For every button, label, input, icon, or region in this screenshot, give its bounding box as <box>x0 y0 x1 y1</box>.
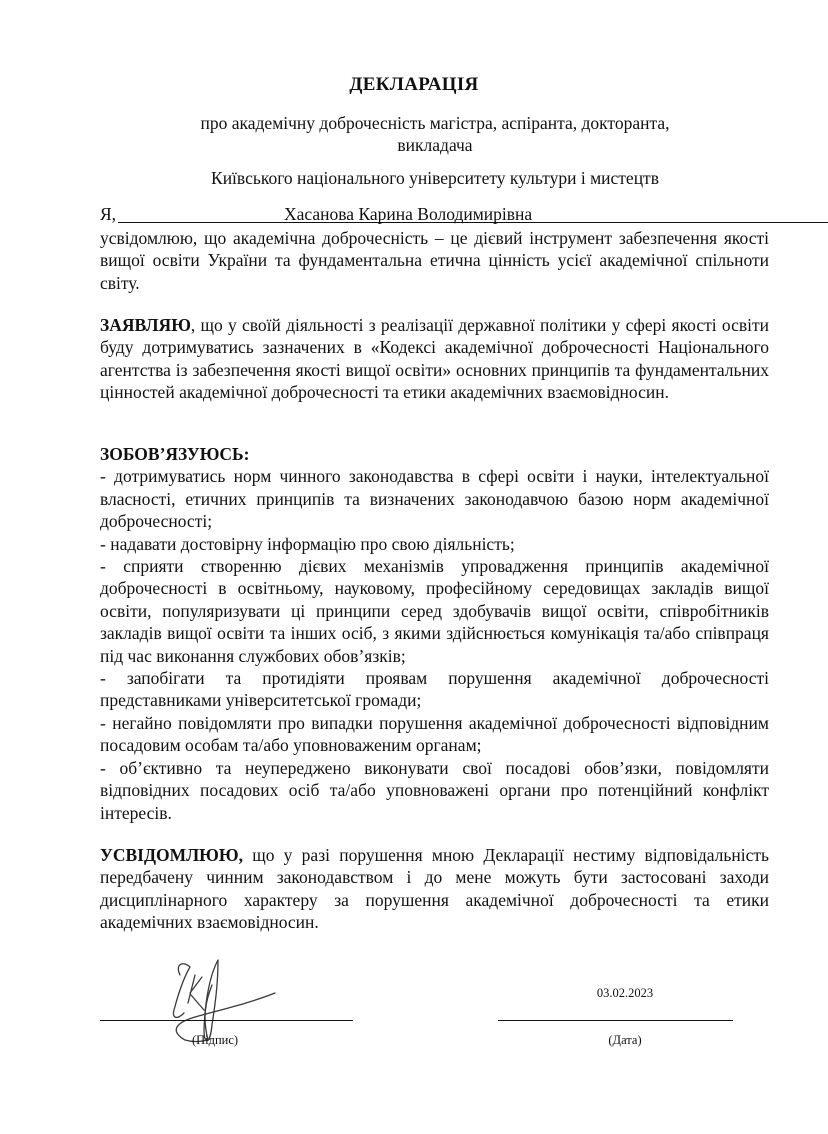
declare-text: , що у своїй діяльності з реалізації дер… <box>100 315 769 402</box>
commitment-item: - сприяти створенню дієвих механізмів уп… <box>100 555 769 667</box>
commitments-heading: ЗОБОВ’ЯЗУЮСЬ: <box>100 443 769 465</box>
declarant-full-name: Хасанова Карина Володимирівна <box>284 204 532 225</box>
date-caption: (Дата) <box>575 1033 675 1048</box>
signature-caption: (Підпис) <box>165 1033 265 1048</box>
commitments-section: ЗОБОВ’ЯЗУЮСЬ: - дотримуватись норм чинно… <box>100 443 769 824</box>
awareness-keyword: УСВІДОМЛЮЮ, <box>100 845 243 865</box>
intro-paragraph: усвідомлюю, що академічна доброчесність … <box>100 227 769 294</box>
document-subtitle: про академічну доброчесність магістра, а… <box>100 112 770 156</box>
commitment-item: - дотримуватись норм чинного законодавст… <box>100 465 769 532</box>
date-value: 03.02.2023 <box>575 986 675 1001</box>
signature-line <box>100 1020 353 1021</box>
institution-name: Київського національного університету ку… <box>100 168 770 189</box>
name-prefix: Я, <box>100 204 116 225</box>
document-title: ДЕКЛАРАЦІЯ <box>0 74 828 96</box>
commitment-item: - об’єктивно та неупереджено виконувати … <box>100 757 769 824</box>
commitment-item: - запобігати та протидіяти проявам поруш… <box>100 667 769 712</box>
awareness-paragraph: УСВІДОМЛЮЮ, що у разі порушення мною Дек… <box>100 844 769 934</box>
date-line <box>498 1020 733 1021</box>
declarant-name-line: Я, Хасанова Карина Володимирівна , <box>100 204 769 226</box>
commitment-item: - негайно повідомляти про випадки поруше… <box>100 712 769 757</box>
subtitle-line-1: про академічну доброчесність магістра, а… <box>100 112 770 134</box>
declare-keyword: ЗАЯВЛЯЮ <box>100 315 191 335</box>
document-page: ДЕКЛАРАЦІЯ про академічну доброчесність … <box>0 0 828 1134</box>
declare-paragraph: ЗАЯВЛЯЮ, що у своїй діяльності з реаліза… <box>100 314 769 404</box>
commitment-item: - надавати достовірну інформацію про сво… <box>100 533 769 555</box>
subtitle-line-2: викладача <box>100 134 770 156</box>
